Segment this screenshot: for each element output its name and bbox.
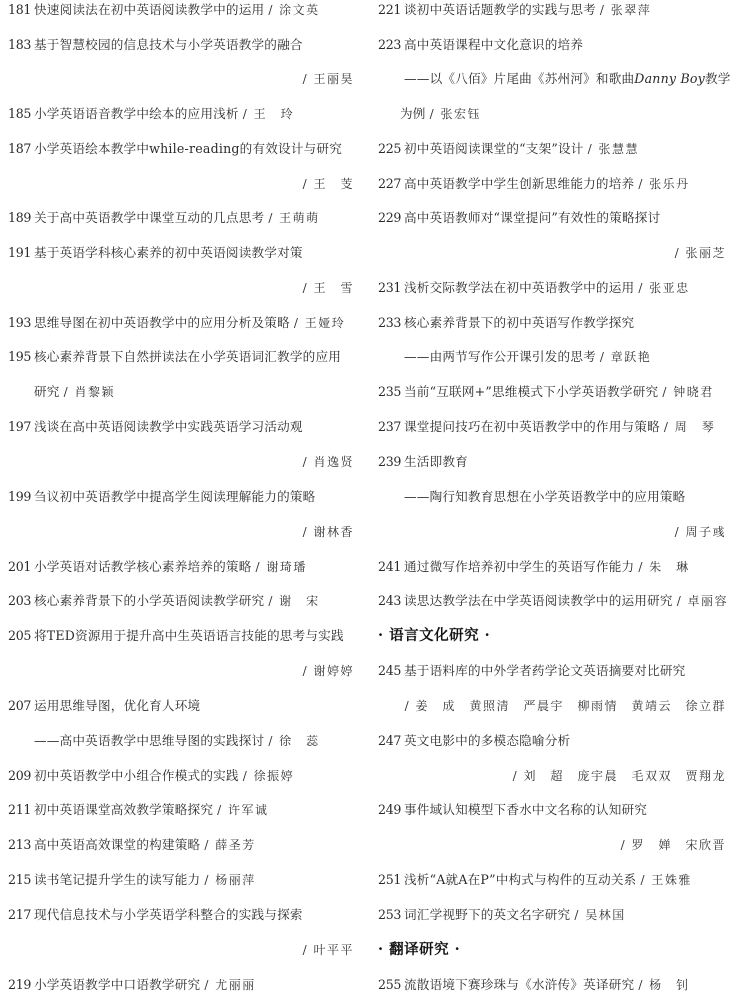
toc-entry: 191基于英语学科核心素养的初中英语阅读教学对策 xyxy=(8,241,354,265)
entry-subtitle: ——陶行知教育思想在小学英语教学中的应用策略 xyxy=(404,489,685,504)
entry-author: / 张翠萍 xyxy=(600,3,651,17)
toc-entry: 221谈初中英语话题教学的实践与思考 / 张翠萍 xyxy=(378,0,726,22)
entry-title: 核心素养背景下自然拼读法在小学英语词汇教学的应用 xyxy=(34,349,341,364)
page-number: 229 xyxy=(378,206,404,230)
entry-title: 初中英语课堂高效教学策略探究 xyxy=(34,802,213,817)
page-number: 195 xyxy=(8,345,34,369)
entry-title: 核心素养背景下的小学英语阅读教学研究 xyxy=(34,593,264,608)
toc-entry: 239生活即教育 xyxy=(378,450,726,474)
entry-author: / 叶平平 xyxy=(303,943,354,957)
toc-entry: 225初中英语阅读课堂的“支架”设计 / 张慧慧 xyxy=(378,137,726,161)
page-number: 217 xyxy=(8,903,34,927)
toc-entry: 217现代信息技术与小学英语学科整合的实践与探索 xyxy=(8,903,354,927)
toc-entry: 181快速阅读法在初中英语阅读教学中的运用 / 涂文英 xyxy=(8,0,354,22)
page-number: 221 xyxy=(378,0,404,22)
page-number: 225 xyxy=(378,137,404,161)
entry-title: 高中英语教学中学生创新思维能力的培养 xyxy=(404,176,634,191)
toc-entry: 235当前“互联网+”思维模式下小学英语教学研究 / 钟晓君 xyxy=(378,380,726,404)
page-number: 183 xyxy=(8,33,34,57)
page-number: 185 xyxy=(8,102,34,126)
page-number: 249 xyxy=(378,798,404,822)
entry-title: 初中英语阅读课堂的“支架”设计 xyxy=(404,141,584,156)
entry-title: 运用思维导图，优化育人环境 xyxy=(34,698,200,713)
page-number: 199 xyxy=(8,485,34,509)
entry-author: / 姜 成 黄照清 严晨宇 柳雨情 黄靖云 徐立群 xyxy=(405,699,726,713)
toc-entry: 253词汇学视野下的英文名字研究 / 吴林国 xyxy=(378,903,726,927)
entry-author: / 王萌萌 xyxy=(268,211,319,225)
toc-author-line: / 张丽芝 xyxy=(378,241,726,265)
page-number: 191 xyxy=(8,241,34,265)
entry-title: 读思达教学法在中学英语阅读教学中的运用研究 xyxy=(404,593,673,608)
entry-subtitle: ——由两节写作公开课引发的思考 xyxy=(404,349,596,364)
toc-entry: 255流散语境下赛珍珠与《水浒传》英译研究 / 杨 钊 xyxy=(378,973,726,997)
entry-title: 刍议初中英语教学中提高学生阅读理解能力的策略 xyxy=(34,489,315,504)
entry-title: 关于高中英语教学中课堂互动的几点思考 xyxy=(34,210,264,225)
page-number: 209 xyxy=(8,764,34,788)
entry-author: / 王姝雅 xyxy=(640,873,691,887)
entry-subtitle: ——高中英语教学中思维导图的实践探讨 xyxy=(34,733,264,748)
page-number: 241 xyxy=(378,555,404,579)
page-number: 227 xyxy=(378,172,404,196)
toc-continuation: 研究 / 肖黎颖 xyxy=(8,380,354,404)
page-number: 255 xyxy=(378,973,404,997)
entry-author: / 谢琦璠 xyxy=(256,560,307,574)
entry-title: 高中英语教师对“课堂提问”有效性的策略探讨 xyxy=(404,210,660,225)
entry-author: / 章跃艳 xyxy=(600,350,651,364)
entry-author: / 王丽昊 xyxy=(303,72,354,86)
entry-title: 读书笔记提升学生的读写能力 xyxy=(34,872,200,887)
entry-title: 事件域认知模型下香水中文名称的认知研究 xyxy=(404,802,647,817)
entry-author: / 涂文英 xyxy=(268,3,319,17)
entry-title: 基于智慧校园的信息技术与小学英语教学的融合 xyxy=(34,37,303,52)
toc-entry: 207运用思维导图，优化育人环境 xyxy=(8,694,354,718)
entry-title: 小学英语对话教学核心素养培养的策略 xyxy=(34,559,252,574)
entry-author: / 刘 超 庞宇晨 毛双双 贾翔龙 xyxy=(513,769,726,783)
page-number: 197 xyxy=(8,415,34,439)
entry-title: 词汇学视野下的英文名字研究 xyxy=(404,907,570,922)
entry-author: / 王 雪 xyxy=(303,281,354,295)
toc-entry: 193思维导图在初中英语教学中的应用分析及策略 / 王娅玲 xyxy=(8,311,354,335)
entry-title: 浅析“A就A在P”中构式与构件的互动关系 xyxy=(404,872,636,887)
page-number: 203 xyxy=(8,589,34,613)
section-heading-language-culture: · 语言文化研究 · xyxy=(378,624,726,648)
toc-entry: 195核心素养背景下自然拼读法在小学英语词汇教学的应用 xyxy=(8,345,354,369)
entry-author: / 谢 宋 xyxy=(268,594,319,608)
page-number: 211 xyxy=(8,798,34,822)
entry-author: / 徐振婷 xyxy=(243,769,294,783)
entry-title: 快速阅读法在初中英语阅读教学中的运用 xyxy=(34,2,264,17)
toc-entry: 209初中英语教学中小组合作模式的实践 / 徐振婷 xyxy=(8,764,354,788)
entry-author: / 王 玲 xyxy=(243,107,294,121)
toc-entry: 201小学英语对话教学核心素养培养的策略 / 谢琦璠 xyxy=(8,555,354,579)
toc-author-line: / 谢婷婷 xyxy=(8,659,354,683)
page-number: 189 xyxy=(8,206,34,230)
toc-entry: 213高中英语高效课堂的构建策略 / 薛圣芳 xyxy=(8,833,354,857)
entry-author: / 张慧慧 xyxy=(588,142,639,156)
toc-entry: 203核心素养背景下的小学英语阅读教学研究 / 谢 宋 xyxy=(8,589,354,613)
toc-entry: 215读书笔记提升学生的读写能力 / 杨丽萍 xyxy=(8,868,354,892)
page-number: 205 xyxy=(8,624,34,648)
entry-author: / 徐 蕊 xyxy=(268,734,319,748)
toc-author-line: / 罗 婵 宋欣晋 xyxy=(378,833,726,857)
entry-author: / 张宏钰 xyxy=(430,107,481,121)
entry-author: / 杨 钊 xyxy=(638,978,689,992)
entry-title-continued: 研究 xyxy=(34,384,60,399)
section-heading-translation: · 翻译研究 · xyxy=(378,938,726,962)
page-number: 181 xyxy=(8,0,34,22)
toc-author-line: / 王 芰 xyxy=(8,172,354,196)
entry-author: / 王 芰 xyxy=(303,177,354,191)
page-number: 213 xyxy=(8,833,34,857)
toc-entry: 233核心素养背景下的初中英语写作教学探究 xyxy=(378,311,726,335)
toc-entry: 243读思达教学法在中学英语阅读教学中的运用研究 / 卓丽容 xyxy=(378,589,726,613)
entry-title: 浅谈在高中英语阅读教学中实践英语学习活动观 xyxy=(34,419,303,434)
entry-author: / 卓丽容 xyxy=(677,594,728,608)
page-number: 201 xyxy=(8,555,34,579)
toc-entry: 237课堂提问技巧在初中英语教学中的作用与策略 / 周 琴 xyxy=(378,415,726,439)
page-number: 187 xyxy=(8,137,34,161)
toc-entry: 229高中英语教师对“课堂提问”有效性的策略探讨 xyxy=(378,206,726,230)
toc-entry: 211初中英语课堂高效教学策略探究 / 许军诚 xyxy=(8,798,354,822)
page-number: 237 xyxy=(378,415,404,439)
entry-title: 核心素养背景下的初中英语写作教学探究 xyxy=(404,315,634,330)
toc-author-line: / 刘 超 庞宇晨 毛双双 贾翔龙 xyxy=(378,764,726,788)
toc-entry: 183基于智慧校园的信息技术与小学英语教学的融合 xyxy=(8,33,354,57)
entry-author: / 朱 琳 xyxy=(638,560,689,574)
toc-entry: 241通过微写作培养初中学生的英语写作能力 / 朱 琳 xyxy=(378,555,726,579)
page-number: 219 xyxy=(8,973,34,997)
toc-entry: 189关于高中英语教学中课堂互动的几点思考 / 王萌萌 xyxy=(8,206,354,230)
entry-author: / 吴林国 xyxy=(574,908,625,922)
page-number: 231 xyxy=(378,276,404,300)
entry-subtitle: ——以《八佰》片尾曲《苏州河》和歌曲 xyxy=(404,71,634,86)
entry-author: / 钟晓君 xyxy=(662,385,713,399)
entry-author: / 周子彧 xyxy=(675,525,726,539)
entry-subtitle-italic: Danny Boy xyxy=(634,71,705,86)
page-number: 245 xyxy=(378,659,404,683)
toc-author-line: / 姜 成 黄照清 严晨宇 柳雨情 黄靖云 徐立群 xyxy=(378,694,726,718)
entry-title: 生活即教育 xyxy=(404,454,468,469)
toc-entry: 231浅析交际教学法在初中英语教学中的运用 / 张亚忠 xyxy=(378,276,726,300)
entry-author: / 周 琴 xyxy=(664,420,715,434)
entry-title: 高中英语课程中文化意识的培养 xyxy=(404,37,583,52)
entry-title: 现代信息技术与小学英语学科整合的实践与探索 xyxy=(34,907,303,922)
toc-entry: 251浅析“A就A在P”中构式与构件的互动关系 / 王姝雅 xyxy=(378,868,726,892)
toc-entry: 219小学英语教学中口语教学研究 / 尤丽丽 xyxy=(8,973,354,997)
toc-entry: 247英文电影中的多模态隐喻分析 xyxy=(378,729,726,753)
entry-title: 将TED资源用于提升高中生英语语言技能的思考与实践 xyxy=(34,628,344,643)
page-number: 251 xyxy=(378,868,404,892)
toc-entry: 197浅谈在高中英语阅读教学中实践英语学习活动观 xyxy=(8,415,354,439)
entry-author: / 肖黎颖 xyxy=(64,385,115,399)
entry-title: 小学英语绘本教学中while-reading的有效设计与研究 xyxy=(34,141,342,156)
toc-author-line: / 叶平平 xyxy=(8,938,354,962)
toc-author-line: / 肖逸贤 xyxy=(8,450,354,474)
entry-author: / 肖逸贤 xyxy=(303,455,354,469)
entry-title: 高中英语高效课堂的构建策略 xyxy=(34,837,200,852)
toc-entry: 245基于语料库的中外学者药学论文英语摘要对比研究 xyxy=(378,659,726,683)
toc-entry: 185小学英语语音教学中绘本的应用浅析 / 王 玲 xyxy=(8,102,354,126)
entry-title: 浅析交际教学法在初中英语教学中的运用 xyxy=(404,280,634,295)
entry-author: / 许军诚 xyxy=(217,803,268,817)
entry-title: 基于英语学科核心素养的初中英语阅读教学对策 xyxy=(34,245,303,260)
page-number: 215 xyxy=(8,868,34,892)
toc-entry: 227高中英语教学中学生创新思维能力的培养 / 张乐丹 xyxy=(378,172,726,196)
entry-title: 英文电影中的多模态隐喻分析 xyxy=(404,733,570,748)
toc-author-line: / 王丽昊 xyxy=(8,67,354,91)
entry-subtitle-end: 教学 xyxy=(705,71,731,86)
entry-title: 基于语料库的中外学者药学论文英语摘要对比研究 xyxy=(404,663,685,678)
entry-author: / 张丽芝 xyxy=(675,246,726,260)
toc-entry: 187小学英语绘本教学中while-reading的有效设计与研究 xyxy=(8,137,354,161)
entry-author: / 尤丽丽 xyxy=(204,978,255,992)
entry-title: 流散语境下赛珍珠与《水浒传》英译研究 xyxy=(404,977,634,992)
entry-author: / 谢林香 xyxy=(303,525,354,539)
page-number: 233 xyxy=(378,311,404,335)
entry-title: 初中英语教学中小组合作模式的实践 xyxy=(34,768,239,783)
toc-entry: 223高中英语课程中文化意识的培养 xyxy=(378,33,726,57)
page-number: 223 xyxy=(378,33,404,57)
toc-continuation: 为例 / 张宏钰 xyxy=(378,102,726,126)
toc-author-line: / 周子彧 xyxy=(378,520,726,544)
page-number: 239 xyxy=(378,450,404,474)
page-number: 247 xyxy=(378,729,404,753)
entry-title: 通过微写作培养初中学生的英语写作能力 xyxy=(404,559,634,574)
entry-author: / 杨丽萍 xyxy=(204,873,255,887)
page-number: 253 xyxy=(378,903,404,927)
toc-author-line: / 谢林香 xyxy=(8,520,354,544)
page-number: 207 xyxy=(8,694,34,718)
entry-title: 当前“互联网+”思维模式下小学英语教学研究 xyxy=(404,384,658,399)
toc-continuation: ——陶行知教育思想在小学英语教学中的应用策略 xyxy=(378,485,726,509)
entry-subtitle-continued: 为例 xyxy=(400,106,426,121)
toc-entry: 249事件域认知模型下香水中文名称的认知研究 xyxy=(378,798,726,822)
entry-author: / 薛圣芳 xyxy=(204,838,255,852)
page-number: 235 xyxy=(378,380,404,404)
entry-title: 谈初中英语话题教学的实践与思考 xyxy=(404,2,596,17)
toc-continuation: ——高中英语教学中思维导图的实践探讨 / 徐 蕊 xyxy=(8,729,354,753)
entry-author: / 王娅玲 xyxy=(294,316,345,330)
toc-continuation: ——以《八佰》片尾曲《苏州河》和歌曲Danny Boy教学 xyxy=(378,67,726,91)
toc-entry: 205将TED资源用于提升高中生英语语言技能的思考与实践 xyxy=(8,624,354,648)
entry-author: / 张乐丹 xyxy=(638,177,689,191)
toc-entry: 199刍议初中英语教学中提高学生阅读理解能力的策略 xyxy=(8,485,354,509)
entry-title: 思维导图在初中英语教学中的应用分析及策略 xyxy=(34,315,290,330)
entry-title: 小学英语教学中口语教学研究 xyxy=(34,977,200,992)
toc-author-line: / 王 雪 xyxy=(8,276,354,300)
toc-continuation: ——由两节写作公开课引发的思考 / 章跃艳 xyxy=(378,345,726,369)
entry-author: / 张亚忠 xyxy=(638,281,689,295)
entry-author: / 谢婷婷 xyxy=(303,664,354,678)
page-number: 193 xyxy=(8,311,34,335)
entry-title: 课堂提问技巧在初中英语教学中的作用与策略 xyxy=(404,419,660,434)
entry-title: 小学英语语音教学中绘本的应用浅析 xyxy=(34,106,239,121)
entry-author: / 罗 婵 宋欣晋 xyxy=(621,838,726,852)
page-number: 243 xyxy=(378,589,404,613)
